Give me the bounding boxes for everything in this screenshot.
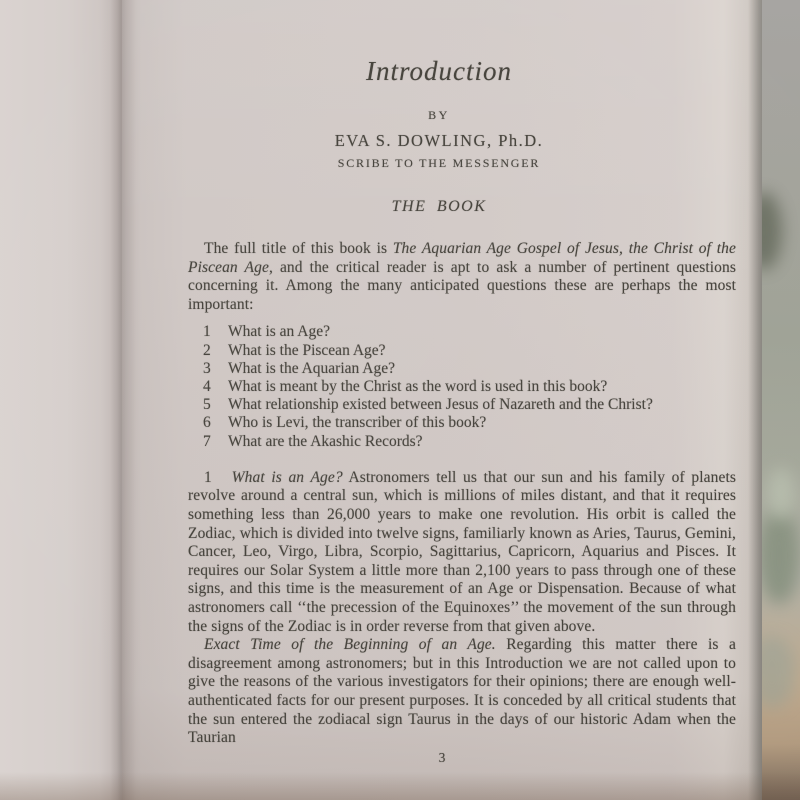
page-content: Introduction BY EVA S. DOWLING, Ph.D. SC… <box>188 0 736 766</box>
question-number: 6 <box>188 414 228 432</box>
author-role: SCRIBE TO THE MESSENGER <box>165 156 713 171</box>
book-page: Introduction BY EVA S. DOWLING, Ph.D. SC… <box>122 0 762 800</box>
question-number: 5 <box>188 396 228 414</box>
chapter-title: Introduction <box>165 56 713 87</box>
book-page-photo: Introduction BY EVA S. DOWLING, Ph.D. SC… <box>0 0 800 800</box>
author-name: EVA S. DOWLING, Ph.D. <box>165 131 713 151</box>
byline: BY <box>165 108 713 123</box>
page-gutter-shadow <box>110 0 136 800</box>
question-text: What is the Piscean Age? <box>228 342 736 360</box>
question-item: 2 What is the Piscean Age? <box>188 342 736 360</box>
exact-time-paragraph: Exact Time of the Beginning of an Age. R… <box>188 636 736 748</box>
question-list: 1 What is an Age? 2 What is the Piscean … <box>188 323 736 450</box>
question-item: 3 What is the Aquarian Age? <box>188 360 736 378</box>
question-text: What relationship existed between Jesus … <box>228 396 736 414</box>
question-text: What is an Age? <box>228 323 736 341</box>
question-text: Who is Levi, the transcriber of this boo… <box>228 414 736 432</box>
question-number: 4 <box>188 378 228 396</box>
what-is-an-age-paragraph: 1 What is an Age? Astronomers tell us th… <box>188 469 736 636</box>
facing-page <box>0 0 122 800</box>
intro-paragraph: The full title of this book is The Aquar… <box>188 240 736 314</box>
section-heading: THE BOOK <box>165 198 713 216</box>
question-text: What is the Aquarian Age? <box>228 360 736 378</box>
question-item: 6 Who is Levi, the transcriber of this b… <box>188 414 736 432</box>
question-number: 3 <box>188 360 228 378</box>
question-number: 2 <box>188 342 228 360</box>
question-item: 1 What is an Age? <box>188 323 736 341</box>
background-foliage <box>758 508 800 604</box>
question-item: 7 What are the Akashic Records? <box>188 433 736 451</box>
question-number: 1 <box>188 323 228 341</box>
question-item: 4 What is meant by the Christ as the wor… <box>188 378 736 396</box>
question-item: 5 What relationship existed between Jesu… <box>188 396 736 414</box>
chapter-header: Introduction BY EVA S. DOWLING, Ph.D. SC… <box>165 56 713 216</box>
background-flower <box>768 468 794 520</box>
question-number: 7 <box>188 433 228 451</box>
question-text: What is meant by the Christ as the word … <box>228 378 736 396</box>
question-text: What are the Akashic Records? <box>228 433 736 451</box>
page-number: 3 <box>168 750 716 766</box>
